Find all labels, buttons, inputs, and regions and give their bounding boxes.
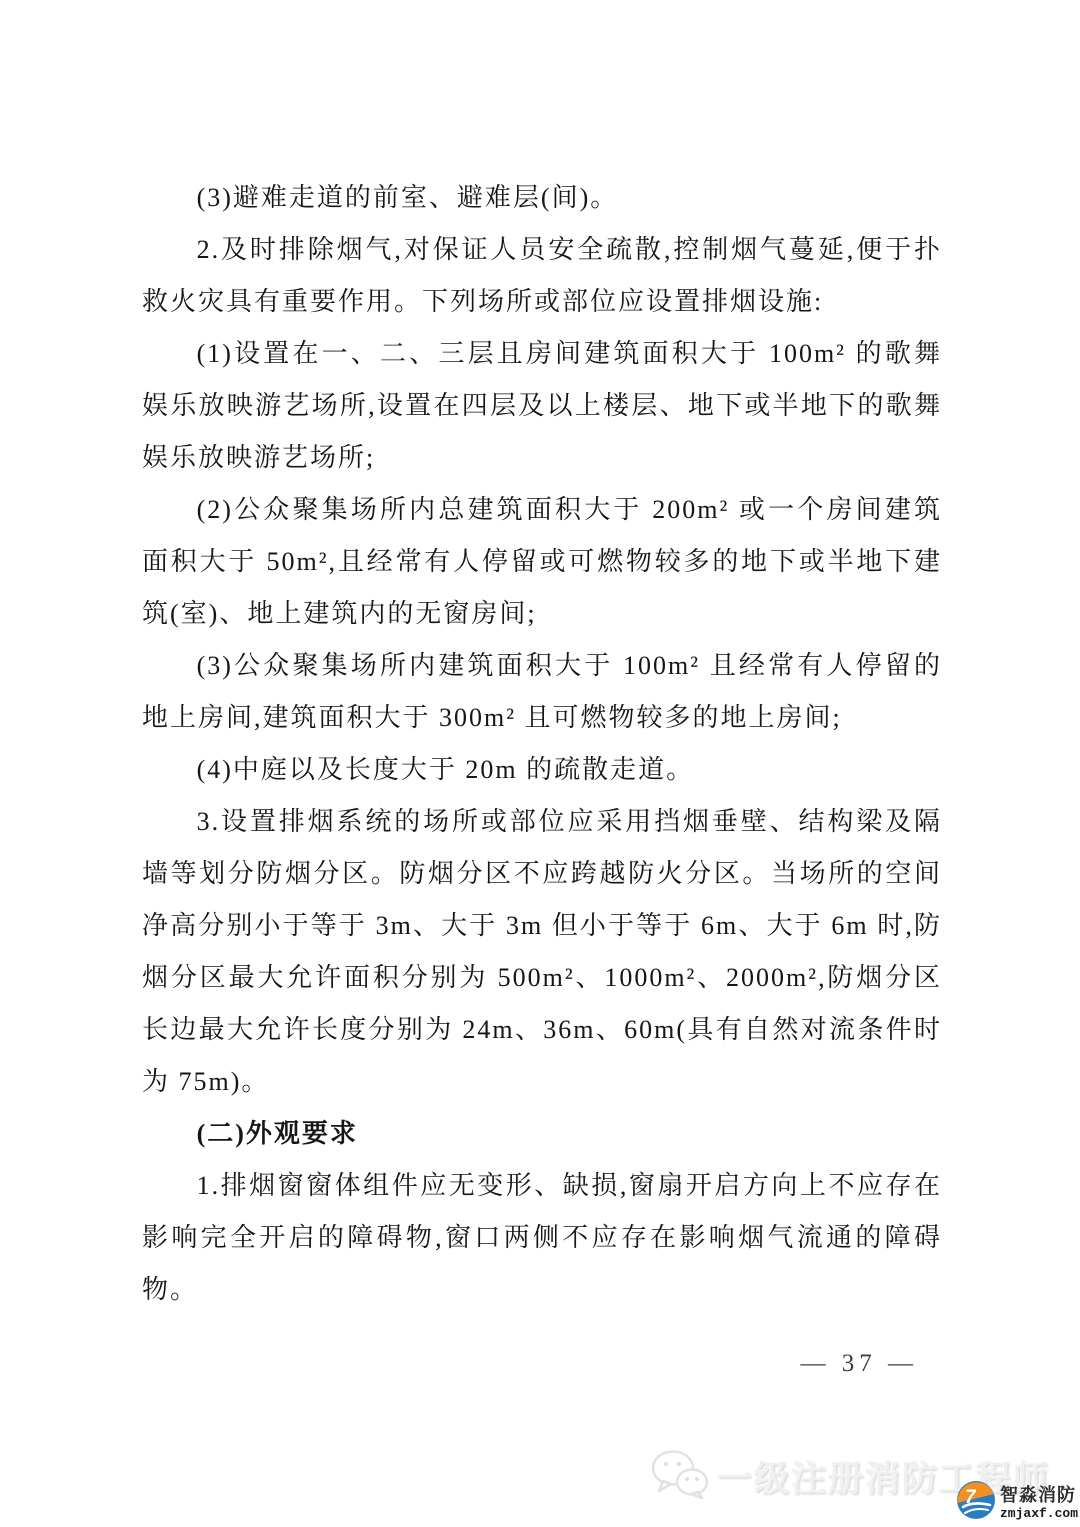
paragraph: 2.及时排除烟气,对保证人员安全疏散,控制烟气蔓延,便于扑救火灾具有重要作用。下… <box>142 224 942 328</box>
brand-name: 智淼消防 <box>1000 1486 1078 1504</box>
paragraph: (4)中庭以及长度大于 20m 的疏散走道。 <box>142 744 942 796</box>
paragraph: (2)公众聚集场所内总建筑面积大于 200m² 或一个房间建筑面积大于 50m²… <box>142 484 942 640</box>
page-number: — 37 — <box>0 1350 918 1378</box>
zhimiao-logo-icon: 7 <box>956 1480 996 1525</box>
wechat-icon <box>651 1449 709 1504</box>
paragraph: 1.排烟窗窗体组件应无变形、缺损,窗扇开启方向上不应存在影响完全开启的障碍物,窗… <box>142 1160 942 1316</box>
paragraph: (1)设置在一、二、三层且房间建筑面积大于 100m² 的歌舞娱乐放映游艺场所,… <box>142 328 942 484</box>
paragraph: 3.设置排烟系统的场所或部位应采用挡烟垂壁、结构梁及隔墙等划分防烟分区。防烟分区… <box>142 796 942 1108</box>
brand-domain: zmjaxf.com <box>1000 1507 1078 1520</box>
brand-logo: 7 智淼消防 zmjaxf.com <box>956 1480 1078 1525</box>
section-heading: (二)外观要求 <box>142 1108 942 1160</box>
document-body: (3)避难走道的前室、避难层(间)。 2.及时排除烟气,对保证人员安全疏散,控制… <box>142 172 942 1316</box>
paragraph: (3)避难走道的前室、避难层(间)。 <box>142 172 942 224</box>
paragraph: (3)公众聚集场所内建筑面积大于 100m² 且经常有人停留的地上房间,建筑面积… <box>142 640 942 744</box>
document-page: (3)避难走道的前室、避难层(间)。 2.及时排除烟气,对保证人员安全疏散,控制… <box>0 0 1080 1527</box>
